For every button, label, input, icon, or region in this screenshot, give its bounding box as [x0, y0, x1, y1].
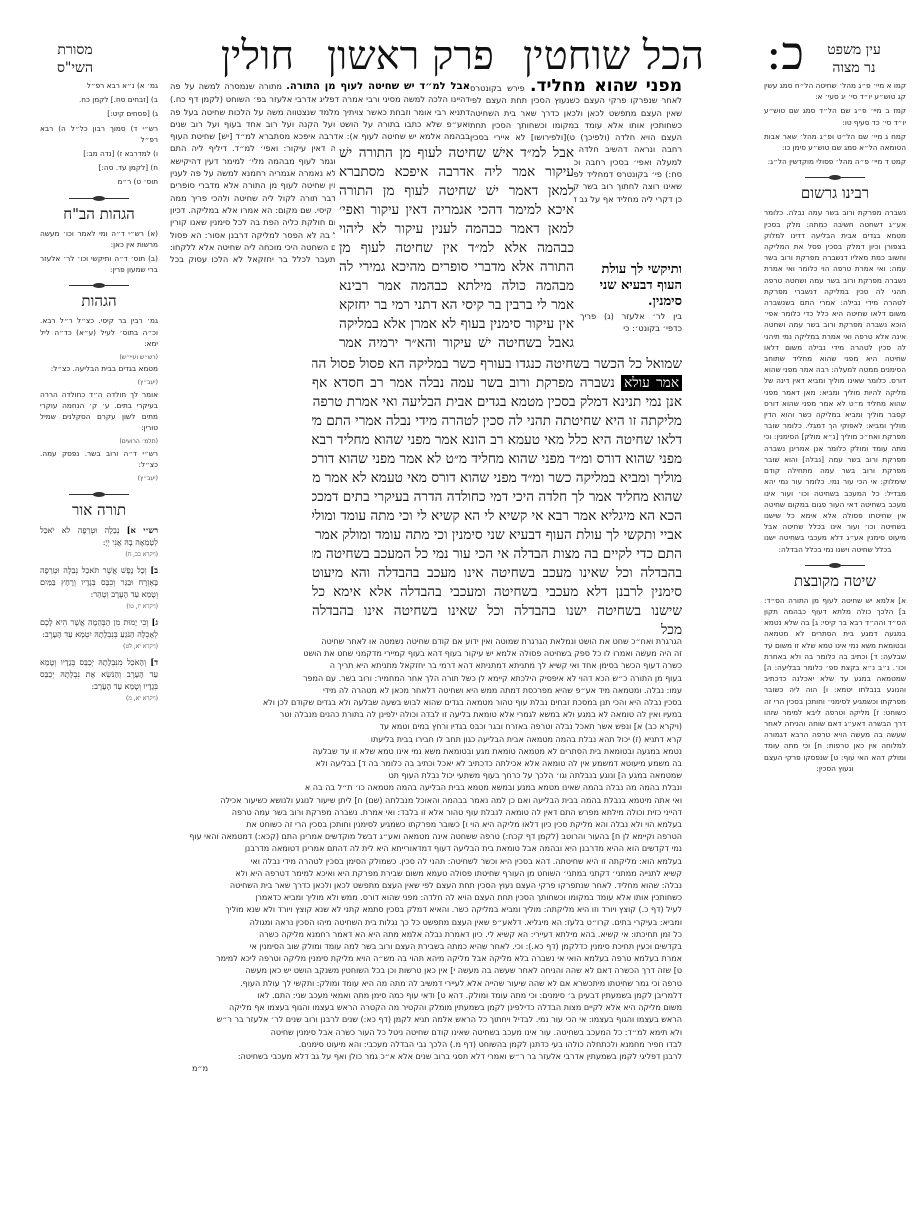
- rashi-tail: בין לר׳ אלעזר (ג) פריך כדפי׳ בקונט׳: כי: [580, 310, 682, 335]
- hagahot-habach-entry: (א) רש״י ד״ה ומי לאמר וכו׳ מעשה מרשות אי…: [40, 228, 158, 250]
- commentary-line: (ויקרא כב) א] ונפש אשר תאכל נבלה וטרפה ב…: [162, 721, 682, 733]
- torah-or-entry: ד] וְהָאֹכֵל מִנִּבְלָתָהּ יְכַבֵּס בְּג…: [40, 656, 158, 705]
- ein-mishpat-entry: קמז ב מיי׳ פ״ג שם הל״ד סמג שם טוש״ע יו״ד…: [764, 105, 906, 127]
- folio-number: כ:: [766, 30, 804, 76]
- commentary-line: שמטמאה במגע ה] ונוגע בנבלתה וגו׳ הלכך על…: [162, 770, 682, 782]
- ein-mishpat-label: עין משפט: [814, 42, 894, 60]
- masoret-entry: ב) [זבחים סח.] לקמן כח.: [40, 94, 158, 105]
- masoret-entry: ג) [פסחים קיט:]: [40, 108, 158, 119]
- masoret-hashas-entries: גמ׳ א) נ״א רבא רפ״ל ב) [זבחים סח.] לקמן …: [40, 80, 158, 188]
- ornament-divider: [69, 198, 129, 199]
- commentary-line: ואי אתה מיטמא בנבלת בהמה בבית הבליעה ואם…: [162, 795, 682, 807]
- torah-or-entry: רש״י א] נְבֵלָה וּטְרֵפָה לֹא יֹאכַל לְט…: [40, 524, 158, 561]
- hagahot-source: (יעב״ץ): [40, 473, 158, 484]
- commentary-line: בעוף מן התורה כ״ש הכא דהוי לא איפסיק היל…: [162, 673, 682, 685]
- hagahot-entry: רש״י ד״ה ורוב בשר. נפסק עמה. כצ״ל:: [40, 448, 158, 470]
- hagahot-habach-entry: (ב) תוס׳ ד״ה ותיקשי וכו׳ לר׳ אלעזר ברי ש…: [40, 253, 158, 275]
- gemara-line: למאן דאמר ישׁ שחיטה לעוף מן התורה: [339, 182, 574, 201]
- commentary-line: ולא תימא למ״ד: כל המעכב בשחיטה. עור אינו…: [162, 1027, 682, 1039]
- hagahot-habach-title: הגהות הב"ח: [40, 205, 158, 224]
- gemara-line: עיקור אמר ליה אדרבה איפכא מסתברא: [339, 163, 574, 182]
- commentary-line: ונבלת בהמה מה נבלה בהמה שאינו מטמא במגע …: [162, 782, 682, 794]
- masoret-hashas-header: מסורת השי"ס: [30, 42, 120, 77]
- commentary-line: נטמא במגעה ובטומאת בית הסתרים לא מטמאה ט…: [162, 746, 682, 758]
- masoret-label: מסורת: [30, 42, 120, 60]
- gemara-line: מוליך ומביא במליקה כשר ומ״ד מפני שהוא דו…: [312, 469, 682, 488]
- hagahot-entry: גמ׳ רבין בר קיסי. כצ״ל ר״ל רבא. וכ״ה בתו…: [40, 315, 158, 349]
- chapter-number: פרק ראשון: [327, 36, 494, 76]
- gemara-line: למאן דאמר כבהמה לענין עיקור לא ליהוי: [339, 220, 574, 239]
- torah-or-title: תורה אור: [40, 501, 158, 520]
- hagahot-source: (יעב״ץ): [40, 377, 158, 388]
- torah-or-entries: רש״י א] נְבֵלָה וּטְרֵפָה לֹא יֹאכַל לְט…: [40, 524, 158, 705]
- masoret-entry: ו) למדרבא ז) [נדה מב:]: [40, 148, 158, 159]
- commentary-line: כשחותכין אותו אלא עומד במקומו וכשחותך הס…: [162, 892, 682, 904]
- commentary-line: עמו: נבלה. ומטמאה מיד אע״פ שהיא מפרכסת ד…: [162, 685, 682, 697]
- commentary-line: טרפה וכי גמר שחיטתו מיתכשרא אם לא שהה שי…: [162, 978, 682, 990]
- hashas-label: השי"ס: [30, 60, 120, 78]
- commentary-line: כשרה דעוף הכשר בסימן אחד ואי קשיא לך מתנ…: [162, 660, 682, 672]
- hagahot-entry: מטמא בגדים בבית הבליעה. כצ״ל:: [40, 363, 158, 374]
- gemara-line: שהוא מחליד אמר לך חלדה היכי דמי כחולדה ה…: [312, 488, 682, 507]
- torah-or-entry: ב] וְכָל נֶפֶשׁ אֲשֶׁר תֹּאכַל נְבֵלָה ו…: [40, 564, 158, 613]
- commentary-line: משום מליקה היא אלא לקיים מצות הבדלה כדיל…: [162, 1002, 682, 1014]
- masoret-entry: גמ׳ א) נ״א רבא רפ״ל: [40, 80, 158, 91]
- ner-mitzvah-label: נר מצוה: [814, 60, 894, 78]
- commentary-line: לעיל (דף כ.) קוצץ ויורד וזו היא מליקתה: …: [162, 904, 682, 916]
- commentary-line: לרבנן דפליגי לקמן בשמעתין אדרבי אלעזר בר…: [162, 1051, 682, 1063]
- masoret-entry: ח) [לקמן עד. סה:]: [40, 162, 158, 173]
- commentary-line: קשיא לתנייה ממתני׳ דקתני במתני׳ השוחט מן…: [162, 868, 682, 880]
- gemara-line: הכא הא מיגליא אמר רבא אי קשיא לי הא קשיא…: [312, 507, 682, 526]
- gemara-line: שישנו בשחיטה ישנו בהבדלה וכל שאינו בשחיט…: [312, 602, 682, 621]
- gemara-line: דלאו שחיטה היא כלל מאי טעמא רב הונא אמר …: [312, 431, 682, 450]
- gemara-line: התורה אלא מדברי סופרים מהיכא גמירי לה: [339, 258, 574, 277]
- masoret-entry: תוס׳ ט) ר״מ: [40, 176, 158, 187]
- hagahot-habach-entries: (א) רש״י ד״ה ומי לאמר וכו׳ מעשה מרשות אי…: [40, 228, 158, 276]
- commentary-line: זה היה מעשה ואמרו לו כל ספק בשחיטה פסולה…: [162, 648, 682, 660]
- commentary-line: נבלה: שהוא מחליד. לאחר שנתפרקו פרקי העצם…: [162, 880, 682, 892]
- rashi-dibur-hamatchil: מפני שהוא מחליד.: [530, 76, 682, 96]
- ein-mishpat-header: עין משפט נר מצוה: [814, 42, 894, 77]
- gemara-line: אמר עולא נשברה מפרקת ורוב בשר עמה נבלה א…: [312, 374, 682, 393]
- hagahot-source: (תלמ׳ הרועים): [40, 436, 158, 447]
- ornament-divider: [805, 565, 865, 566]
- commentary-line: במעיו ואין לה טומאה לא במגע ולא במשא לגמ…: [162, 709, 682, 721]
- ornament-divider: [69, 494, 129, 495]
- commentary-line: כל זמן תחיכתו: אי קשיא. בהא מילתא דעיירי…: [162, 929, 682, 941]
- gemara-line: התם כדי לקיים בה מצות הבדלה אי הכי עור נ…: [312, 545, 682, 564]
- commentary-line: בסכין נבלה היא והכי תנן במסכת זבחים נבלת…: [162, 697, 682, 709]
- hagahot-title: הגהות: [40, 292, 158, 311]
- gemara-line: איכא למימר דהכי אגמריה דאין עיקור ואפי׳: [339, 201, 574, 220]
- commentary-line: דהייני כזית וכולה מילתא מפרש התם דאין לה…: [162, 807, 682, 819]
- gemara-line: אביי ותקשי לך עולת העוף דבעיא שני סימנין…: [312, 526, 682, 545]
- left-margin-column: גמ׳ א) נ״א רבא רפ״ל ב) [זבחים סח.] לקמן …: [40, 80, 158, 780]
- ein-mishpat-entry: קמח ג מיי׳ שם הל״ט ופ״ג מהל׳ שאר אבות הט…: [764, 131, 906, 153]
- commentary-catchword: מ״מ: [162, 1063, 682, 1075]
- commentary-line: בעלמא הוא: מליקתה זו היא שחיטתה. דהא בסכ…: [162, 856, 682, 868]
- ornament-divider: [69, 285, 129, 286]
- commentary-line: בקדשים וכעין תחיכת סימנין כדלקמן (דף כא.…: [162, 941, 682, 953]
- shita-mekubetzet-text: א] אלמא יש שחיטה לעוף מן התורה הס״ד: ב] …: [764, 595, 906, 774]
- gemara-text-wide: שמואל כל הכשר בשחיטה כנגדו בעורף כשר במל…: [312, 355, 682, 640]
- hagahot-source: (רש״ש ועיי״ש): [40, 352, 158, 363]
- commentary-line: הטרפה וקיימא לן ח] בהעור והרוטב (לקמן דף…: [162, 831, 682, 843]
- commentary-line: הראש בעצמו והגוף בעצמו: אי הכי עור נמי. …: [162, 1014, 682, 1026]
- hagahot-entry: אומר לך חולדה ה״ד כחולדה הררה בעיקרי בתי…: [40, 389, 158, 434]
- gemara-line: מבהמה כולה מילתא כבהמה אמר רבינא: [339, 277, 574, 296]
- commentary-line: נמי דקדשים הוא ההיא מדרבנן היא ובהמה אבל…: [162, 843, 682, 855]
- commentary-line: ומביא: בעיקרי בתים. קרו״ט בלעז: הא מיגלי…: [162, 917, 682, 929]
- commentary-line: לבדו חפיר מחמנא ולכתחלה כולהו בעי כדתנן …: [162, 1039, 682, 1051]
- commentary-line: בעלמא הוי ולא נבלה והא מליקת סכין כיון ד…: [162, 819, 682, 831]
- gemara-text-narrow: אבל למ״ד אישׁ שחיטה לעוף מן התורה ישׁ עי…: [335, 144, 574, 353]
- gemara-line: אבל למ״ד אישׁ שחיטה לעוף מן התורה ישׁ: [339, 144, 574, 163]
- masoret-entry: רש״י ד) סמוך רבון כל״ל ה) רבא רפ״ל: [40, 123, 158, 145]
- gemara-line: אין עיקור סימנין בעוף לא אמרן אלא במליקה: [339, 315, 574, 334]
- commentary-line: הגרגרת ואח״כ שחט את הושט ונמלאת הגרגרת ש…: [162, 636, 682, 648]
- gemara-highlighted-phrase: אמר עולא: [621, 375, 682, 391]
- gemara-line: בהבדלה וכל שאינו מעכב בשחיטה אינו מעכב ב…: [312, 564, 682, 583]
- ornament-divider: [805, 177, 865, 178]
- ein-mishpat-entry: קמט ד מיי׳ פ״ה מהל׳ פסולי מוקדשין הל״ג:: [764, 156, 906, 167]
- commentary-line: אמרת בעלמא טרפה בעלמא הואי אי נשברה בלא …: [162, 953, 682, 965]
- shita-mekubetzet-title: שיטה מקובצת: [764, 572, 906, 591]
- gemara-line: אנן נמי תנינא דמלק בסכין מטמא בגדים אבית…: [312, 393, 682, 412]
- rabbeinu-gershom-text: נשברה מפרקת ורוב בשר עמה נבלה. כלומר אע״…: [764, 207, 906, 554]
- bottom-commentary: הגרגרת ואח״כ שחט את הושט ונמלאת הגרגרת ש…: [162, 636, 682, 1075]
- ein-mishpat-entries: קמו א מיי׳ פ״ג מהל׳ שחיטה הל״ח סמג עשין …: [764, 80, 906, 167]
- gemara-line: גאבל בשחיטה ישׁ עיקור והא״ר ירמיה אמר: [339, 334, 574, 353]
- gemara-line-remainder: נשברה מפרקת ורוב בשר עמה נבלה אמר רב חסד…: [312, 375, 615, 391]
- rabbeinu-gershom-title: רבינו גרשום: [764, 184, 906, 203]
- hagahot-entries: גמ׳ רבין בר קיסי. כצ״ל ר״ל רבא. וכ״ה בתו…: [40, 315, 158, 484]
- commentary-line: דלמריבן לקמן בשמעתין דבעינן ב׳ סימנים: ו…: [162, 990, 682, 1002]
- gemara-line: מפני שהוא דורס ומ״ד מפני שהוא מחליד מ״ט …: [312, 450, 682, 469]
- rashi-lower: ותיקשי לך עולת העוף דבעיא שני סימנין. בי…: [580, 262, 682, 335]
- tractate-name: חולין: [221, 36, 294, 76]
- gemara-line: סימנין לרבנן דלא מעכבי בשחיטה ומעכבי בהב…: [312, 583, 682, 602]
- commentary-line: ט] שזה דרך הכשרה דאם לא שהה והניחה לאחר …: [162, 965, 682, 977]
- tosafot-dibur-hamatchil: אבל למ״ד יש שחיטה לעוף מן התורה.: [286, 81, 470, 92]
- commentary-line: בה משמע מיעוטא דמשמע אין לה טומאה אלא אכ…: [162, 758, 682, 770]
- gemara-line: כבהמה אלא למ״ד אין שחיטה לעוף מן: [339, 239, 574, 258]
- right-margin-column: קמו א מיי׳ פ״ג מהל׳ שחיטה הל״ח סמג עשין …: [764, 80, 906, 1200]
- chapter-name: הכל שוחטין: [523, 36, 704, 76]
- torah-or-entry: ג] וְכִי יָמוּת מִן הַבְּהֵמָה אֲשֶׁר הִ…: [40, 616, 158, 653]
- rashi-dibur-hamatchil-2: ותיקשי לך עולת העוף דבעיא שני סימנין.: [580, 262, 682, 310]
- ein-mishpat-entry: קמו א מיי׳ פ״ג מהל׳ שחיטה הל״ח סמג עשין …: [764, 80, 906, 102]
- commentary-line: קרא דתניא (ז) יכול תהא נבלת בהמה מטמאה א…: [162, 734, 682, 746]
- gemara-line: אמר לי ברבין בר קיסי הא דתני רמי בר יחזק…: [339, 296, 574, 315]
- gemara-line: שמואל כל הכשר בשחיטה כנגדו בעורף כשר במל…: [312, 355, 682, 374]
- gemara-line: מליקתה זו היא שחיטתה תהני לה סכין לטהרה …: [312, 412, 682, 431]
